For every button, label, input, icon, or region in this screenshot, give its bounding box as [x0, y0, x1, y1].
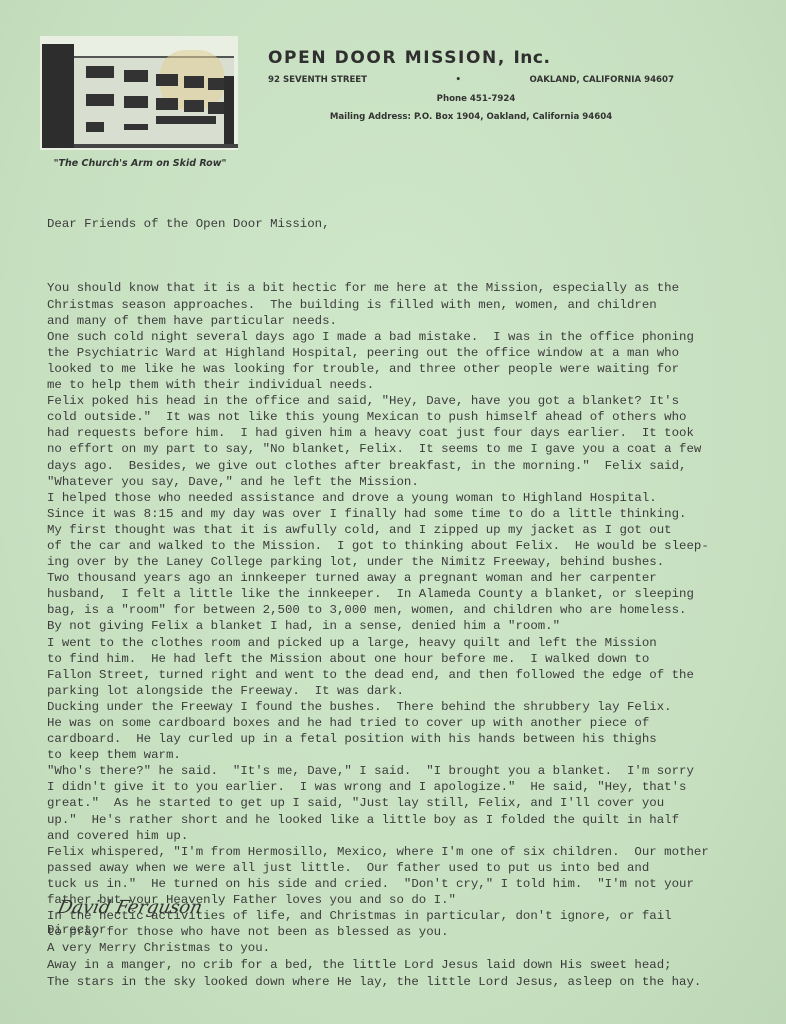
letterhead-org: OPEN DOOR MISSION, Inc. 92 SEVENTH STREE… [268, 48, 674, 122]
letterhead-logo: "The Church's Arm on Skid Row" [40, 36, 240, 169]
letter-line: to pray for those who have not been as b… [47, 924, 767, 940]
letter-line: tuck us in." He turned on his side and c… [47, 876, 767, 892]
letter-line: I didn't give it to you earlier. I was w… [47, 779, 767, 795]
letter-line: looked to me like he was looking for tro… [47, 361, 767, 377]
letter-line: days ago. Besides, we give out clothes a… [47, 458, 767, 474]
letter-line: bag, is a "room" for between 2,500 to 3,… [47, 602, 767, 618]
letter-line: Felix poked his head in the office and s… [47, 393, 767, 409]
separator-dot: • [436, 75, 462, 85]
letter-line: and covered him up. [47, 828, 767, 844]
salutation: Dear Friends of the Open Door Mission, [47, 216, 767, 232]
letter-page: "The Church's Arm on Skid Row" OPEN DOOR… [0, 0, 786, 1024]
tagline: "The Church's Arm on Skid Row" [40, 158, 240, 169]
letter-line: A very Merry Christmas to you. [47, 940, 767, 956]
letter-line: passed away when we were all just little… [47, 860, 767, 876]
letter-line: Two thousand years ago an innkeeper turn… [47, 570, 767, 586]
verse-line: The stars in the sky looked down where H… [47, 974, 701, 991]
letter-line: cardboard. He lay curled up in a fetal p… [47, 731, 767, 747]
letter-line: had requests before him. I had given him… [47, 425, 767, 441]
building-photo [40, 36, 238, 150]
phone-number: Phone 451-7924 [268, 94, 674, 104]
city-address: OAKLAND, CALIFORNIA 94607 [530, 75, 674, 85]
letter-body: Dear Friends of the Open Door Mission, Y… [47, 184, 767, 989]
verse-line: Away in a manger, no crib for a bed, the… [47, 957, 701, 974]
letter-line: ing over by the Laney College parking lo… [47, 554, 767, 570]
letter-line: My first thought was that it is awfully … [47, 522, 767, 538]
letter-line: great." As he started to get up I said, … [47, 795, 767, 811]
letter-line: One such cold night several days ago I m… [47, 329, 767, 345]
letter-line: and many of them have particular needs. [47, 313, 767, 329]
letter-line: husband, I felt a little like the innkee… [47, 586, 767, 602]
street-address: 92 SEVENTH STREET [268, 75, 367, 85]
letter-line: me to help them with their individual ne… [47, 377, 767, 393]
mailing-address: Mailing Address: P.O. Box 1904, Oakland,… [268, 112, 674, 122]
letter-line: of the car and walked to the Mission. I … [47, 538, 767, 554]
letter-paragraphs: You should know that it is a bit hectic … [47, 280, 767, 956]
letter-line: no effort on my part to say, "No blanket… [47, 441, 767, 457]
letter-line: Since it was 8:15 and my day was over I … [47, 506, 767, 522]
closing-verse: Away in a manger, no crib for a bed, the… [47, 957, 701, 990]
letter-line: the Psychiatric Ward at Highland Hospita… [47, 345, 767, 361]
letter-line: Christmas season approaches. The buildin… [47, 297, 767, 313]
letter-line: Felix whispered, "I'm from Hermosillo, M… [47, 844, 767, 860]
signer-title: Director [47, 923, 107, 937]
address-row: 92 SEVENTH STREET • OAKLAND, CALIFORNIA … [268, 75, 674, 85]
letter-line: to keep them warm. [47, 747, 767, 763]
letter-line: Fallon Street, turned right and went to … [47, 667, 767, 683]
letter-line: Ducking under the Freeway I found the bu… [47, 699, 767, 715]
letter-line: parking lot alongside the Freeway. It wa… [47, 683, 767, 699]
org-name: OPEN DOOR MISSION, Inc. [268, 48, 674, 68]
letter-line: to find him. He had left the Mission abo… [47, 651, 767, 667]
letter-line: You should know that it is a bit hectic … [47, 280, 767, 296]
org-suffix: Inc. [513, 48, 550, 68]
letter-line: By not giving Felix a blanket I had, in … [47, 618, 767, 634]
signature: David Ferguson [56, 897, 204, 918]
letter-line: He was on some cardboard boxes and he ha… [47, 715, 767, 731]
org-name-text: OPEN DOOR MISSION, [268, 48, 506, 68]
letter-line: I helped those who needed assistance and… [47, 490, 767, 506]
letter-line: "Whatever you say, Dave," and he left th… [47, 474, 767, 490]
letter-line: I went to the clothes room and picked up… [47, 635, 767, 651]
letter-line: up." He's rather short and he looked lik… [47, 812, 767, 828]
letter-line: "Who's there?" he said. "It's me, Dave,"… [47, 763, 767, 779]
letter-line: cold outside." It was not like this youn… [47, 409, 767, 425]
